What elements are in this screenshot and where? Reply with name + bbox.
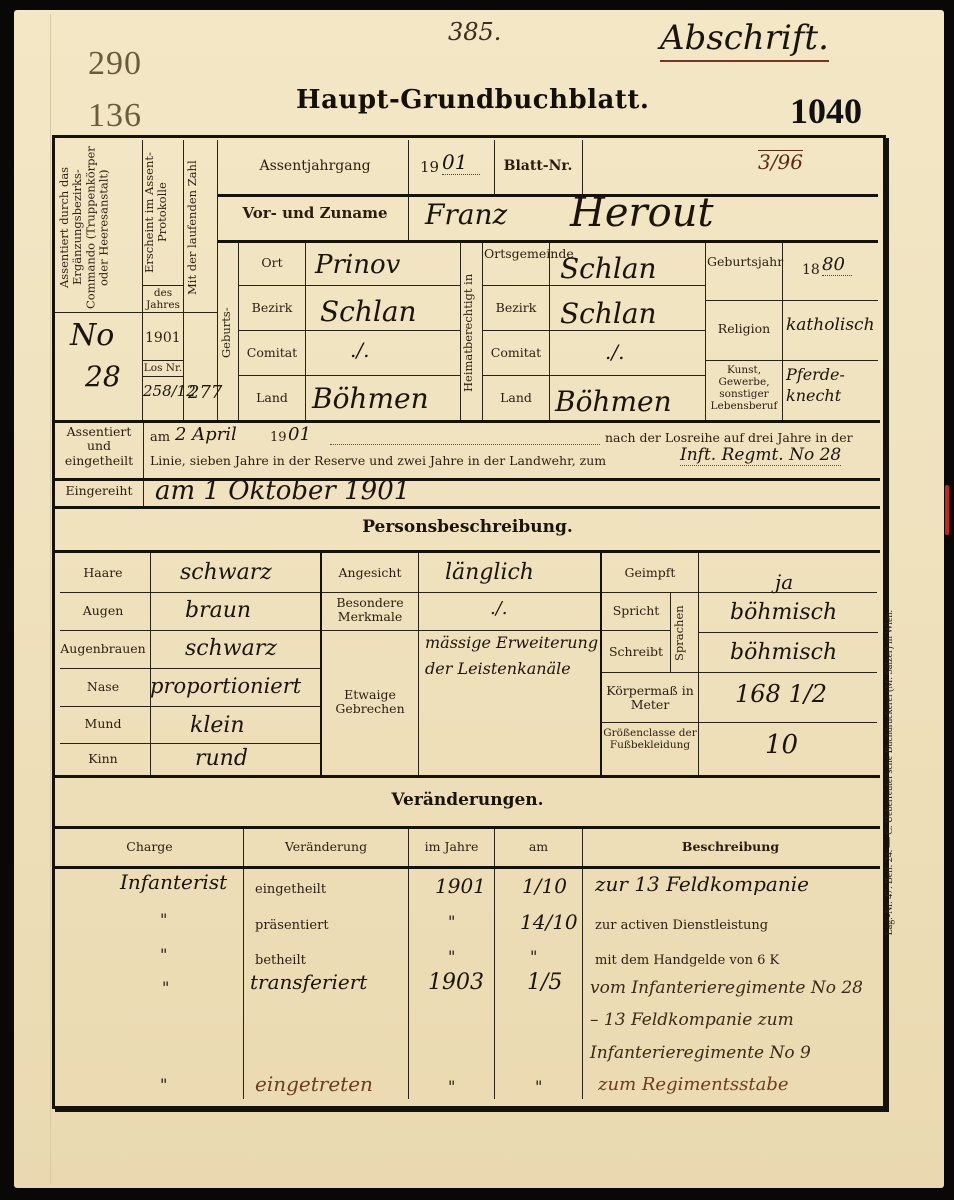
haare-label: Haare (56, 566, 150, 580)
row2-am: 14/10 (520, 910, 578, 934)
nase-value: proportioniert (150, 674, 301, 698)
assentiert-year-prefix: 19 (270, 430, 287, 445)
col-veraenderung: Veränderung (244, 840, 408, 854)
angesicht-value: länglich (445, 560, 534, 585)
veraenderungen-title: Veränderungen. (55, 790, 880, 810)
spricht-label: Spricht (602, 604, 670, 618)
row4-charge: " (162, 978, 169, 997)
birth-land-value: Böhmen (312, 382, 429, 415)
assentjahrgang-prefix: 19 (420, 158, 439, 176)
row5-beschreibung: zum Regimentsstabe (598, 1074, 789, 1095)
col-beschreibung: Beschreibung (583, 840, 878, 854)
eingereiht-value: am 1 Oktober 1901 (155, 476, 410, 506)
row5-jahr: " (448, 1077, 455, 1096)
heimat-land-value: Böhmen (555, 385, 672, 418)
row1-charge: Infanterist (120, 870, 227, 894)
birth-bezirk-value: Schlan (320, 295, 417, 328)
merkmale-value: ./. (490, 598, 508, 619)
augenbrauen-label: Augenbrauen (56, 642, 150, 656)
row2-jahr: " (448, 912, 455, 931)
last-name: Herout (570, 190, 714, 236)
schreibt-value: böhmisch (730, 640, 837, 665)
commando-no-value: 28 (85, 360, 121, 393)
assent-protokolle-header: Erscheint im Assent-Protokolle (143, 145, 183, 280)
augen-value: braun (185, 598, 251, 623)
assentiert-durch-header: Assentiert durch das Ergänzungsbezirks-C… (58, 145, 140, 310)
row2-charge: " (160, 910, 167, 929)
copy-mark: Abschrift. (660, 18, 829, 62)
row3-veraenderung: betheilt (255, 953, 306, 968)
occupation-value: Pferde-knecht (786, 365, 876, 407)
geimpft-label: Geimpft (602, 566, 698, 580)
los-nr-label: Los Nr. (143, 362, 183, 374)
assentiert-regiment: Inft. Regmt. No 28 (680, 445, 841, 466)
commando-no-prefix: No (70, 318, 114, 353)
heimat-land-label: Land (484, 391, 548, 405)
first-name: Franz (425, 198, 507, 231)
personsbeschreibung-title: Personsbeschreibung. (55, 517, 880, 537)
geburts-group-label: Geburts- (220, 245, 238, 420)
religion-value: katholisch (786, 315, 875, 335)
col-charge: Charge (56, 840, 243, 854)
name-label: Vor- und Zuname (220, 205, 410, 222)
des-jahres-label: des Jahres (143, 287, 183, 311)
blatt-nr-label: Blatt-Nr. (498, 158, 578, 174)
stamp-number-top: 290 (88, 45, 142, 83)
row2-veraenderung: präsentiert (255, 918, 329, 933)
eingereiht-label: Eingereiht (56, 484, 142, 498)
spricht-value: böhmisch (730, 600, 837, 625)
birth-year-prefix: 18 (802, 262, 820, 278)
row2-beschreibung: zur activen Dienstleistung (595, 918, 768, 933)
stamp-number-bottom: 136 (88, 97, 142, 135)
page-fold (50, 14, 51, 1184)
koerpermass-value: 168 1/2 (735, 680, 827, 708)
groessenclasse-label: Größenclasse der Fußbekleidung (602, 727, 698, 751)
row5-am: " (535, 1077, 542, 1096)
gebrechen-label: Etwaige Gebrechen (322, 688, 418, 717)
row1-jahr: 1901 (435, 874, 486, 898)
koerpermass-label: Körpermaß in Meter (602, 684, 698, 713)
heimat-comitat-value: ./. (605, 340, 624, 364)
heimat-group-label: Heimatberechtigt in (462, 245, 482, 420)
gebrechen-value: mässige Erweiterung der Leistenkanäle (425, 630, 600, 681)
nase-label: Nase (56, 680, 150, 694)
birth-comitat-value: ./. (350, 338, 369, 362)
heimat-bezirk-label: Bezirk (484, 301, 548, 315)
geimpft-value: ja (775, 570, 793, 594)
birth-year-label: Geburtsjahr (707, 255, 781, 269)
laufende-zahl-value: 277 (188, 382, 222, 403)
augenbrauen-value: schwarz (185, 636, 277, 661)
sprachen-label: Sprachen (673, 598, 695, 668)
assentjahrgang-value: 01 (442, 150, 480, 175)
protokoll-year: 1901 (145, 330, 181, 346)
groessenclasse-value: 10 (765, 730, 798, 760)
assentiert-line1-text: nach der Losreihe auf drei Jahre in der (605, 430, 853, 445)
mund-value: klein (190, 713, 245, 738)
row4-jahr: 1903 (428, 970, 484, 995)
page-title: Haupt-Grundbuchblatt. (296, 85, 649, 115)
occupation-label: Kunst, Gewerbe, sonstiger Lebensberuf (707, 364, 781, 412)
heimat-bezirk-value: Schlan (560, 297, 657, 330)
assentiert-label: Assentiert und eingetheilt (56, 425, 142, 468)
row5-veraenderung: eingetreten (255, 1072, 373, 1096)
mund-label: Mund (56, 717, 150, 731)
row1-am: 1/10 (522, 874, 567, 898)
assentjahrgang-label: Assentjahrgang (220, 158, 410, 174)
kinn-label: Kinn (56, 752, 150, 766)
row4-am: 1/5 (527, 970, 562, 995)
birth-comitat-label: Comitat (240, 346, 304, 360)
blatt-nr-value: 3/96 (758, 150, 803, 174)
row3-jahr: " (448, 947, 455, 966)
col-am: am (495, 840, 582, 854)
row5-charge: " (160, 1075, 167, 1094)
birth-ort-label: Ort (240, 256, 304, 270)
row3-charge: " (160, 945, 167, 964)
row4-beschreibung: vom Infanterieregimente No 28 – 13 Feldk… (590, 972, 875, 1069)
angesicht-label: Angesicht (322, 566, 418, 580)
printer-note: Lag.-Nr. 47. Beil. 24. — C. Ueberreuter'… (884, 610, 895, 935)
assentiert-year: 01 (288, 424, 311, 445)
handwritten-number: 385. (448, 18, 501, 46)
religion-label: Religion (707, 322, 781, 336)
assentiert-line2-text: Linie, sieben Jahre in der Reserve und z… (150, 453, 606, 468)
row1-beschreibung: zur 13 Feldkompanie (595, 872, 809, 896)
row3-beschreibung: mit dem Handgelde von 6 K (595, 953, 779, 968)
haare-value: schwarz (180, 560, 272, 585)
row3-am: " (530, 947, 537, 966)
birth-year-value: 80 (822, 254, 852, 276)
assentiert-am: am (150, 430, 170, 445)
birth-bezirk-label: Bezirk (240, 301, 304, 315)
red-mark (945, 485, 949, 535)
schreibt-label: Schreibt (602, 645, 670, 659)
col-jahr: im Jahre (409, 840, 494, 854)
assentiert-date: 2 April (175, 424, 237, 445)
augen-label: Augen (56, 604, 150, 618)
row1-veraenderung: eingetheilt (255, 882, 326, 897)
heimat-ortsgemeinde-label: Ortsgemeinde (484, 247, 548, 261)
laufende-zahl-header: Mit der laufenden Zahl (186, 145, 216, 310)
birth-ort-value: Prinov (315, 250, 400, 280)
birth-land-label: Land (240, 391, 304, 405)
heimat-ortsgemeinde-value: Schlan (560, 252, 657, 285)
merkmale-label: Besondere Merkmale (322, 596, 418, 625)
heimat-comitat-label: Comitat (484, 346, 548, 360)
row4-veraenderung: transferiert (250, 970, 367, 994)
kinn-value: rund (195, 746, 248, 771)
sheet-number: 1040 (790, 90, 862, 132)
